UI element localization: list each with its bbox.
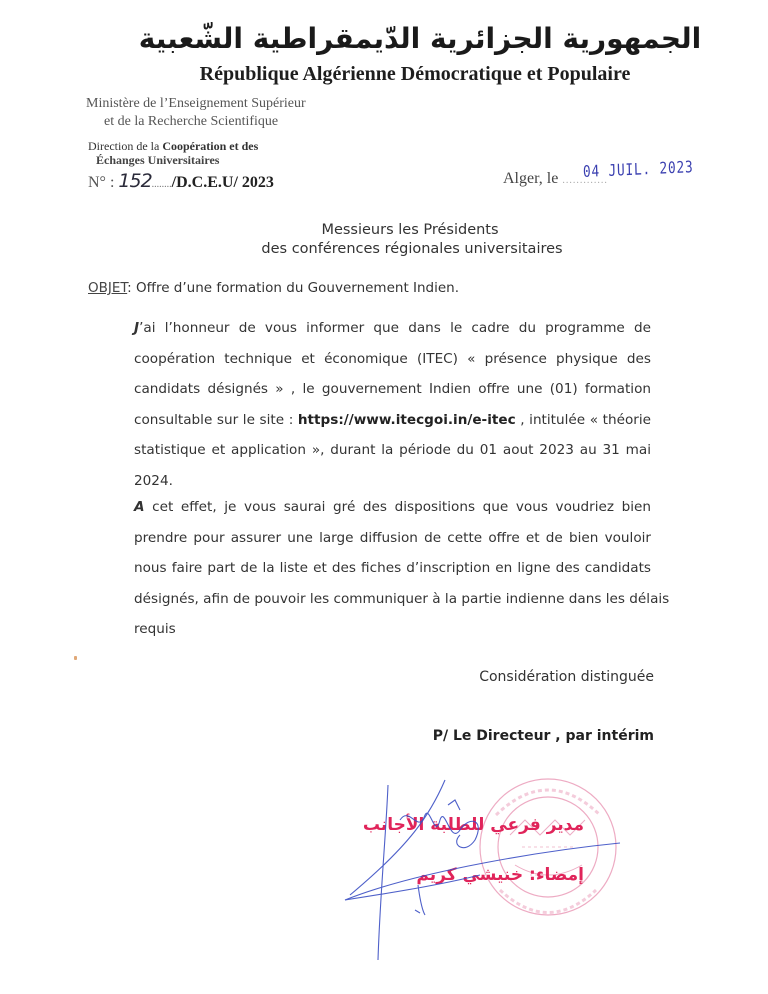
paragraph-line: candidats désignés » , le gouvernement I… bbox=[134, 374, 651, 405]
line-text: ’ai l’honneur de vous informer que dans … bbox=[139, 320, 651, 336]
paragraph-line: prendre pour assurer une large diffusion… bbox=[134, 523, 651, 554]
direction-name-line2: Échanges Universitaires bbox=[96, 153, 219, 168]
closing-salutation: Considération distinguée bbox=[479, 669, 654, 685]
reference-number: N° : 152......../D.C.E.U/ 2023 bbox=[88, 170, 274, 192]
date-stamp: 04 JUIL. 2023 bbox=[583, 157, 694, 181]
paragraph-line: consultable sur le site : https://www.it… bbox=[134, 405, 651, 436]
body-paragraph-2: A cet effet, je vous saurai gré des disp… bbox=[134, 492, 651, 645]
line-text: consultable sur le site : bbox=[134, 412, 298, 428]
dateline-place: Alger, le bbox=[503, 170, 558, 187]
subject-line: OBJET: Offre d’une formation du Gouverne… bbox=[88, 280, 459, 296]
paragraph-line: requis bbox=[134, 614, 651, 645]
reference-dots: ........ bbox=[152, 179, 172, 190]
paragraph-line: nous faire part de la liste et des fiche… bbox=[134, 553, 651, 584]
reference-suffix: /D.C.E.U/ 2023 bbox=[172, 174, 274, 191]
subject-label: OBJET bbox=[88, 280, 127, 296]
french-republic-title: République Algérienne Démocratique et Po… bbox=[0, 63, 768, 86]
line-text: cet effet, je vous saurai gré des dispos… bbox=[145, 499, 651, 515]
direction-name-line1: Direction de la Coopération et des bbox=[88, 139, 258, 154]
paragraph-line: coopération technique et économique (ITE… bbox=[134, 344, 651, 375]
signature-and-stamp: مدير فرعي للطلبة الأجانب إمضاء: خنيشي كر… bbox=[300, 775, 640, 975]
itec-website-link[interactable]: https://www.itecgoi.in/e-itec bbox=[298, 412, 516, 428]
handwritten-reference-number: 152 bbox=[118, 170, 151, 192]
arabic-republic-title: الجمهورية الجزائرية الدّيمقراطية الشّعبي… bbox=[0, 22, 768, 55]
addressee-line2: des conférences régionales universitaire… bbox=[0, 241, 768, 257]
reference-prefix: N° : bbox=[88, 174, 118, 191]
subject-text: Offre d’une formation du Gouvernement In… bbox=[136, 280, 459, 296]
ministry-name-line1: Ministère de l’Enseignement Supérieur bbox=[86, 96, 306, 112]
paragraph-line: A cet effet, je vous saurai gré des disp… bbox=[134, 492, 651, 523]
signatory-title: P/ Le Directeur , par intérim bbox=[433, 728, 654, 744]
direction-bold: Coopération et des bbox=[162, 139, 258, 153]
addressee-line1: Messieurs les Présidents bbox=[0, 222, 768, 238]
body-paragraph-1: J’ai l’honneur de vous informer que dans… bbox=[134, 313, 651, 496]
paragraph-line: J’ai l’honneur de vous informer que dans… bbox=[134, 313, 651, 344]
paragraph-lead-letter: A bbox=[134, 499, 145, 515]
ministry-name-line2: et de la Recherche Scientifique bbox=[104, 114, 278, 130]
subject-separator: : bbox=[127, 280, 136, 296]
paragraph-line: désignés, afin de pouvoir les communique… bbox=[134, 584, 651, 615]
handwritten-signature-icon bbox=[300, 775, 640, 975]
direction-prefix: Direction de la bbox=[88, 139, 162, 153]
scan-artifact bbox=[74, 656, 77, 660]
line-text: , intitulée « théorie bbox=[516, 412, 651, 428]
paragraph-line: statistique et application », durant la … bbox=[134, 435, 651, 466]
